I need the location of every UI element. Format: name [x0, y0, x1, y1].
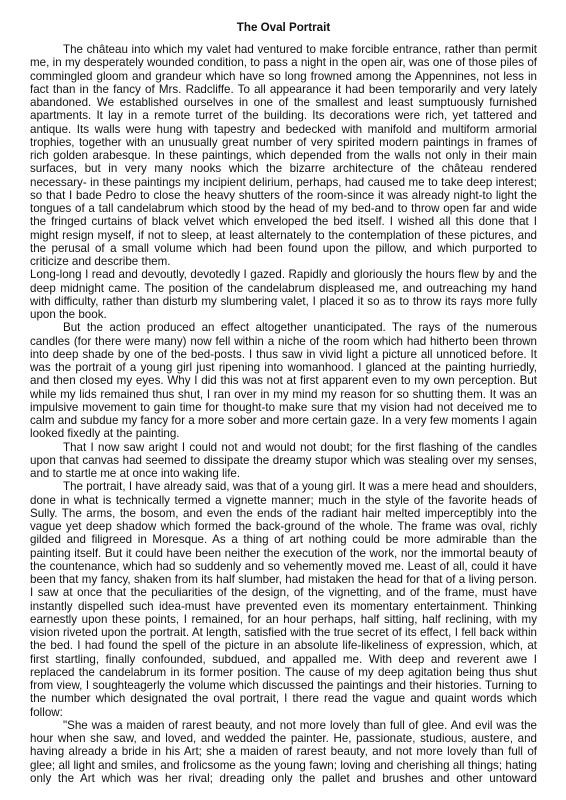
paragraph-1: The château into which my valet had vent…	[30, 43, 537, 268]
paragraph-5: The portrait, I have already said, was t…	[30, 480, 537, 719]
paragraph-4: That I now saw aright I could not and wo…	[30, 441, 537, 481]
document-page: The Oval Portrait The château into which…	[30, 21, 537, 785]
paragraph-2: Long-long I read and devoutly, devotedly…	[30, 268, 537, 321]
document-title: The Oval Portrait	[30, 21, 537, 35]
paragraph-6: "She was a maiden of rarest beauty, and …	[30, 719, 537, 785]
paragraph-3: But the action produced an effect altoge…	[30, 321, 537, 440]
